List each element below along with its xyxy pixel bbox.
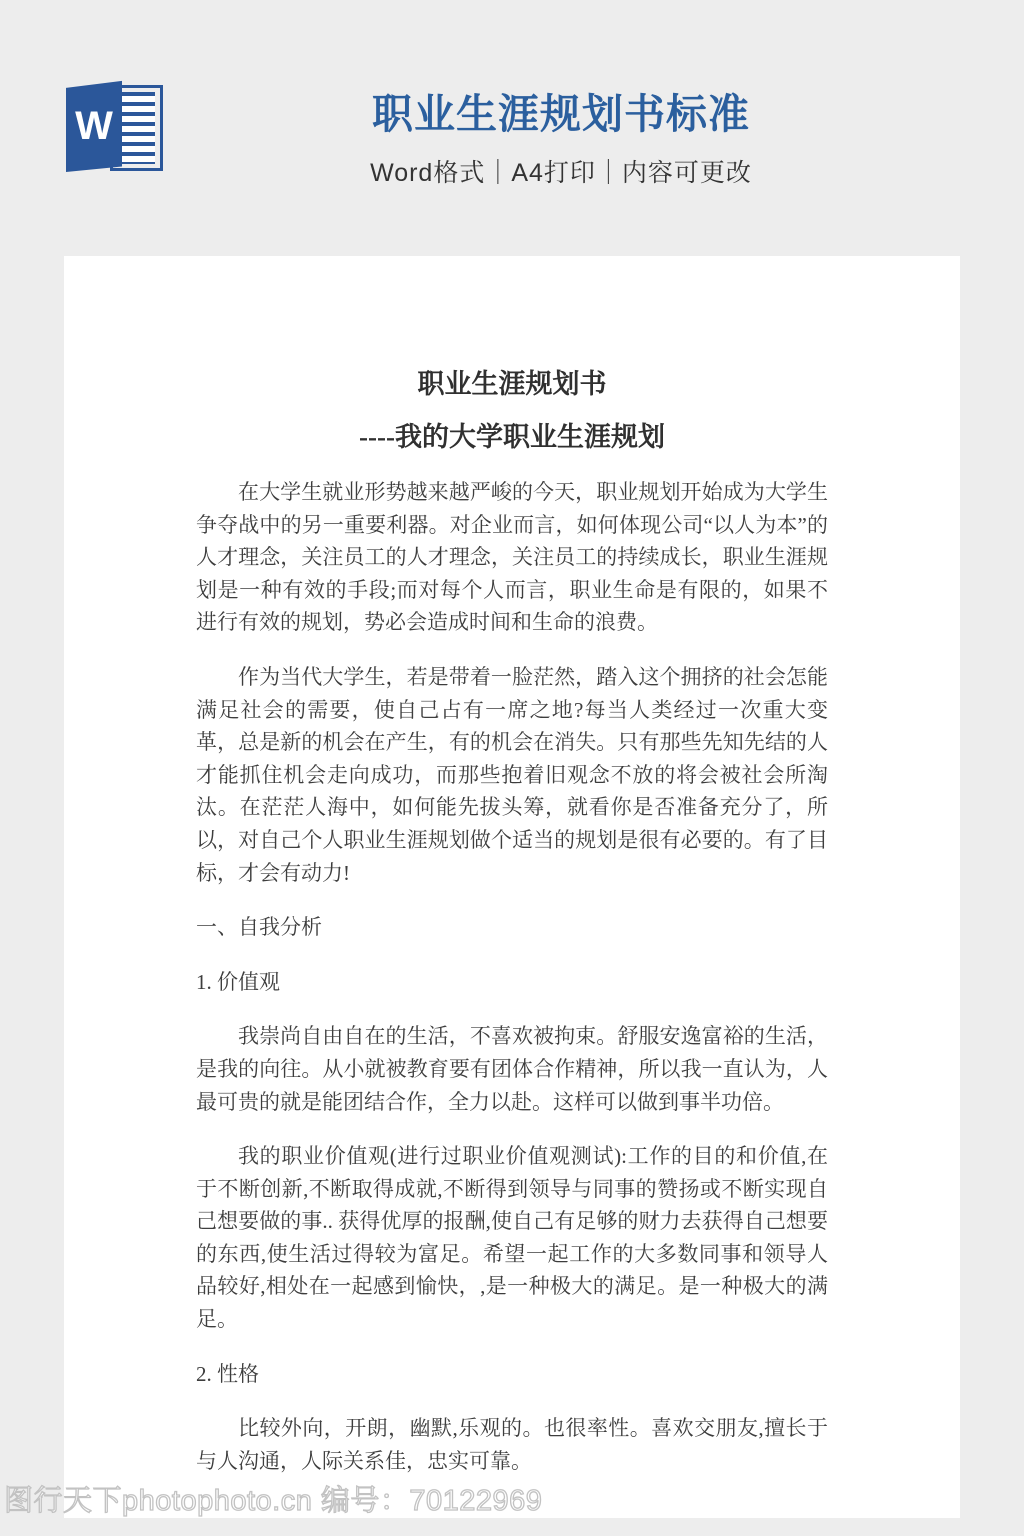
doc-paragraph: 我崇尚自由自在的生活，不喜欢被拘束。舒服安逸富裕的生活，是我的向往。从小就被教育… (196, 1020, 828, 1118)
doc-paragraph: 作为当代大学生，若是带着一脸茫然，踏入这个拥挤的社会怎能满足社会的需要，使自己占… (196, 661, 828, 889)
word-icon: W (66, 80, 154, 172)
doc-subsection-heading: 1. 价值观 (196, 966, 828, 999)
doc-paragraph: 在大学生就业形势越来越严峻的今天，职业规划开始成为大学生争夺战中的另一重要利器。… (196, 476, 828, 639)
doc-paragraph: 我的职业价值观(进行过职业价值观测试):工作的目的和价值,在于不断创新,不断取得… (196, 1140, 828, 1336)
word-icon-front-panel: W (66, 80, 122, 172)
document-page: 职业生涯规划书 ----我的大学职业生涯规划 在大学生就业形势越来越严峻的今天，… (64, 256, 960, 1518)
doc-subsection-heading: 2. 性格 (196, 1358, 828, 1391)
doc-paragraph: 比较外向，开朗，幽默,乐观的。也很率性。喜欢交朋友,擅长于与人沟通，人际关系佳，… (196, 1412, 828, 1477)
watermark: 图行天下photophoto.cn 编号：70122969 (4, 1484, 542, 1518)
doc-subtitle: ----我的大学职业生涯规划 (196, 421, 828, 454)
word-icon-letter: W (75, 106, 113, 146)
doc-section-heading: 一、自我分析 (196, 911, 828, 944)
header-subtitle: Word格式｜A4打印｜内容可更改 (180, 153, 942, 189)
header-title: 职业生涯规划书标准 (180, 90, 942, 138)
header: 职业生涯规划书标准 Word格式｜A4打印｜内容可更改 (180, 90, 942, 189)
doc-title: 职业生涯规划书 (196, 368, 828, 401)
